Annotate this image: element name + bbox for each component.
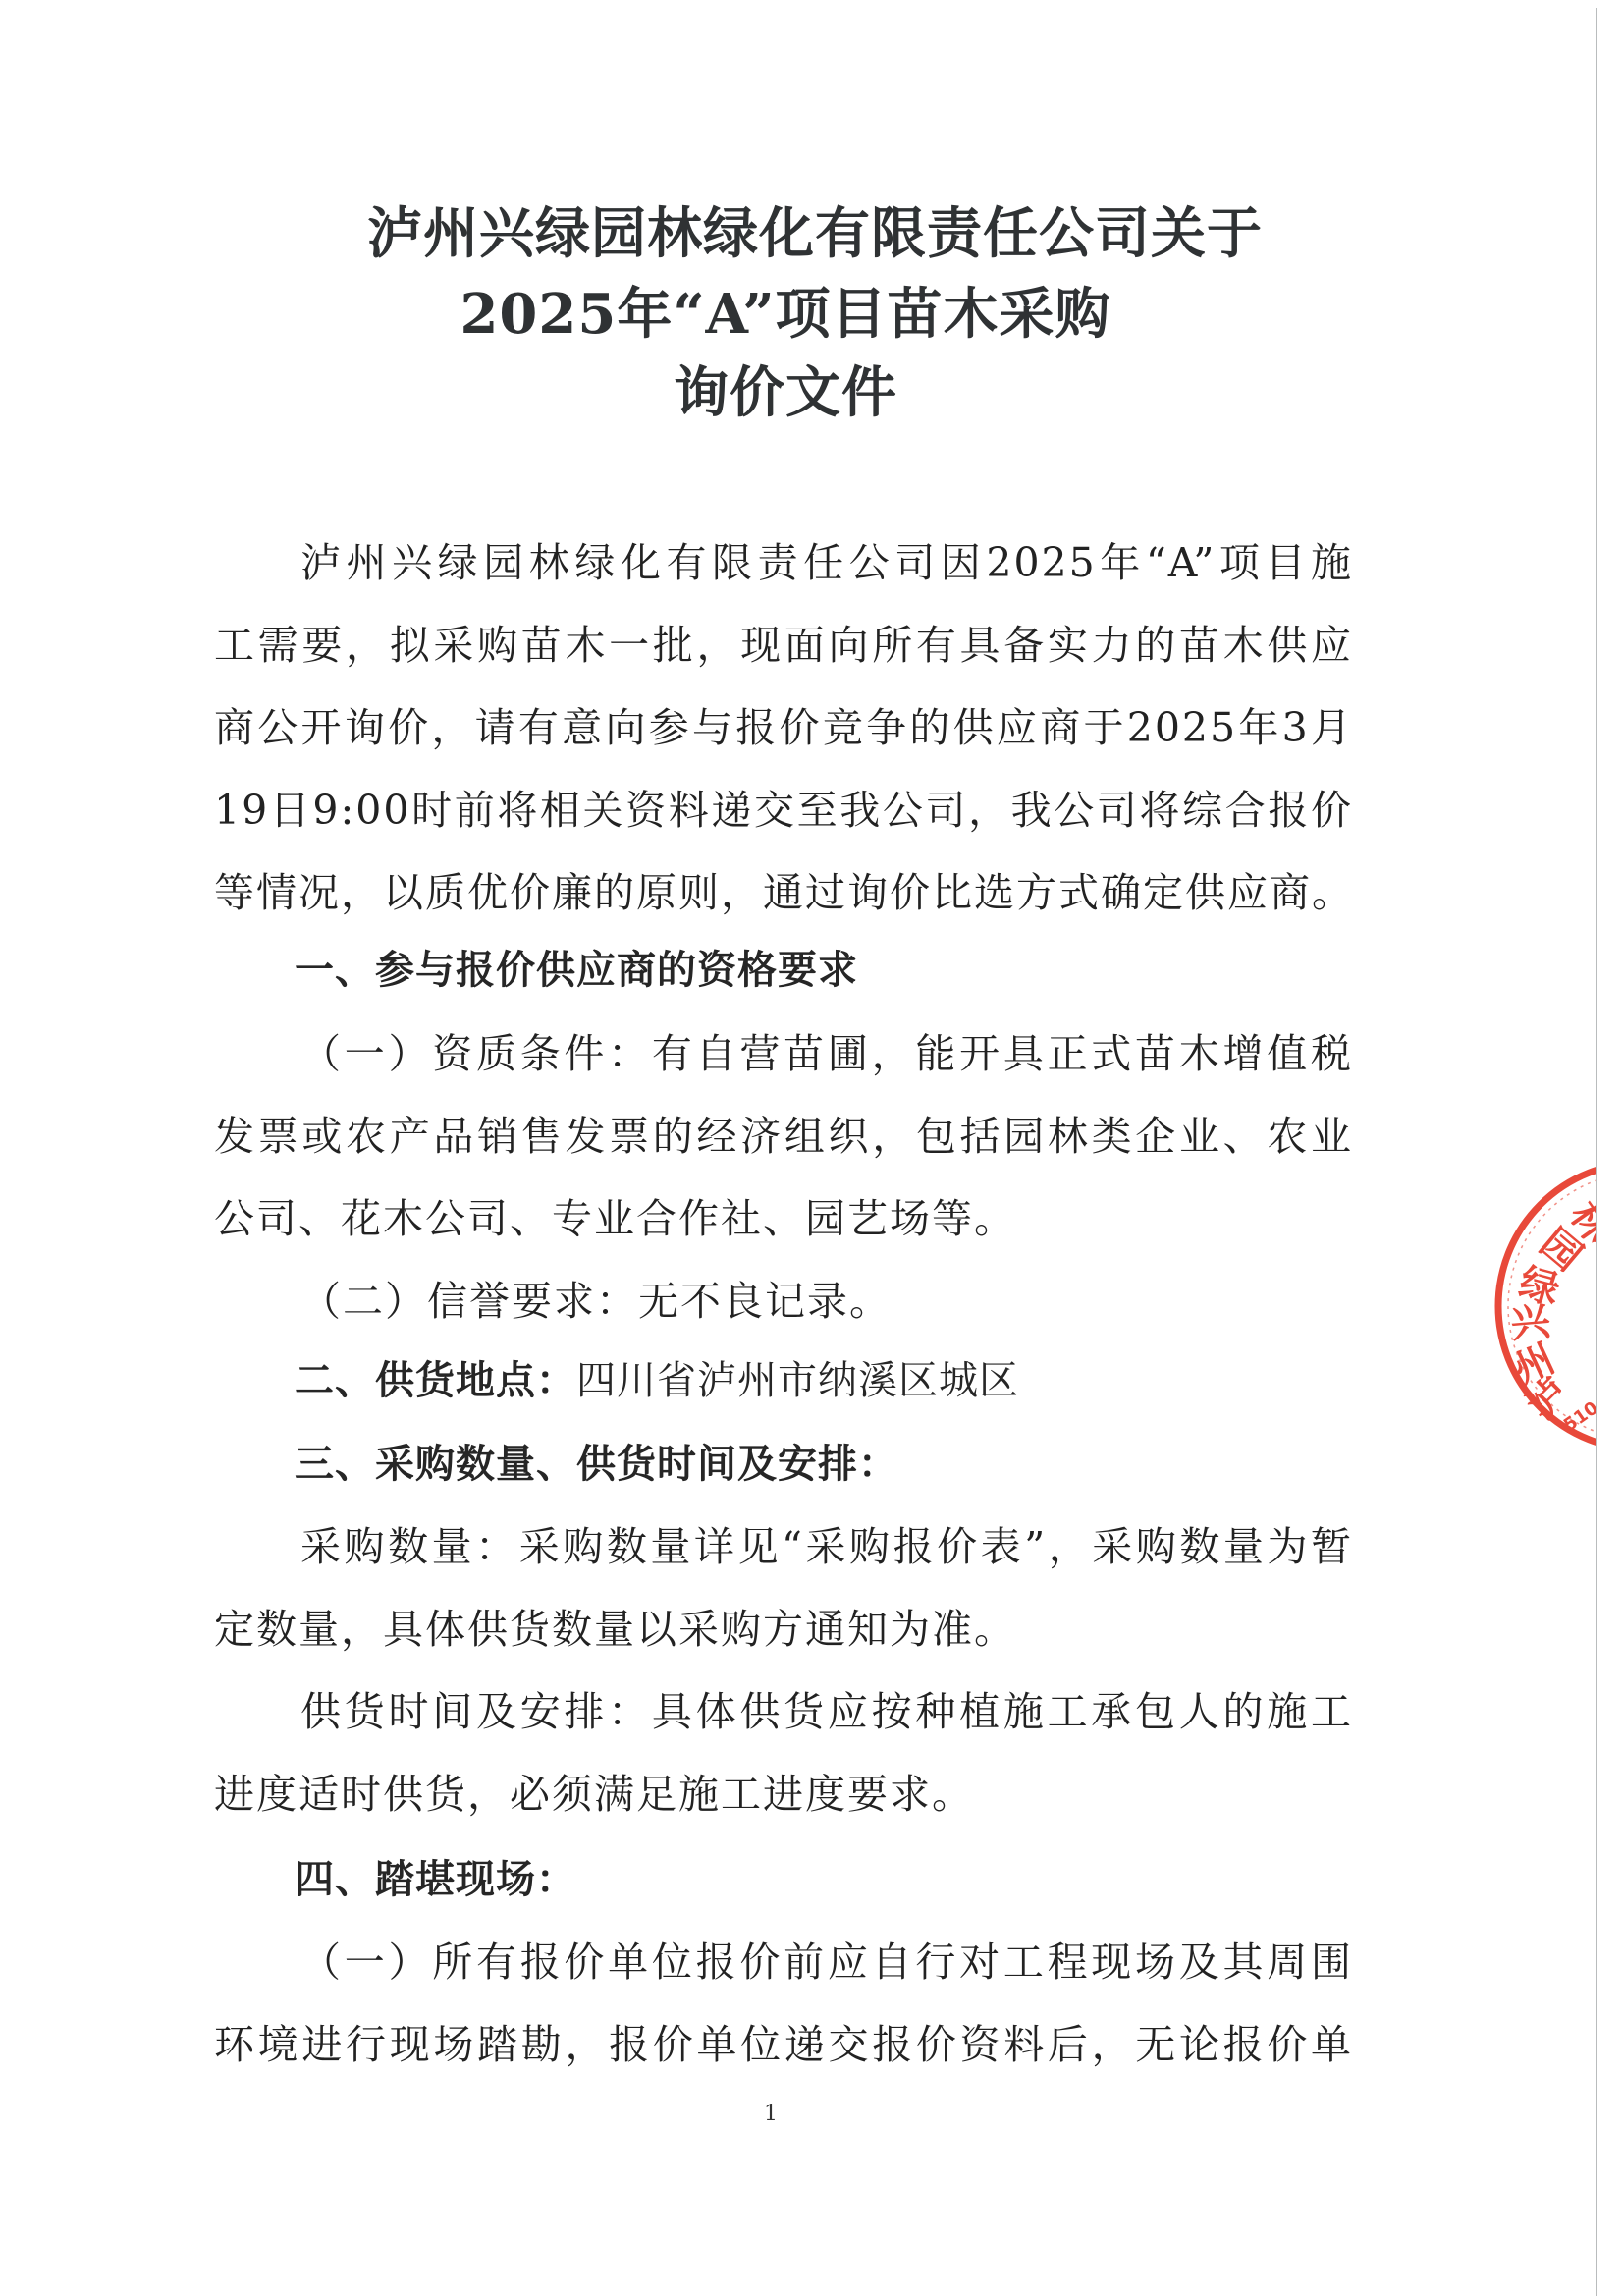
section-2-heading-row: 二、供货地点：四川省泸州市纳溪区城区 — [295, 1353, 1019, 1408]
page-number: 1 — [764, 2102, 778, 2126]
section-3-quantity-line-2: 定数量，具体供货数量以采购方通知为准。 — [214, 1602, 1353, 1657]
intro-line-1: 泸州兴绿园林绿化有限责任公司因2025年“A”项目施 — [300, 535, 1353, 590]
delivery-location: 四川省泸州市纳溪区城区 — [576, 1358, 1019, 1403]
intro-line-4: 19日9:00时前将相关资料递交至我公司，我公司将综合报价 — [214, 783, 1353, 838]
document-title-line-3: 询价文件 — [0, 361, 1571, 424]
intro-line-5: 等情况，以质优价廉的原则，通过询价比选方式确定供应商。 — [214, 865, 1353, 920]
document-page: 泸州兴绿园林绿化有限责任公司关于 2025年“A”项目苗木采购 询价文件 泸州兴… — [0, 0, 1623, 2296]
company-seal-stamp: 林 园 绿 兴 州 泸 510 — [1453, 1129, 1596, 1473]
intro-line-3: 商公开询价，请有意向参与报价竞争的供应商于2025年3月 — [214, 700, 1353, 755]
document-title-line-1: 泸州兴绿园林绿化有限责任公司关于 — [0, 202, 1623, 265]
section-1-item-1-line-1: （一）资质条件：有自营苗圃，能开具正式苗木增值税 — [300, 1026, 1353, 1081]
section-3-schedule-line-1: 供货时间及安排：具体供货应按种植施工承包人的施工 — [300, 1684, 1353, 1739]
section-3-heading: 三、采购数量、供货时间及安排： — [295, 1437, 898, 1492]
section-4-heading: 四、踏堪现场： — [295, 1852, 576, 1907]
section-2-heading: 二、供货地点： — [295, 1358, 576, 1403]
intro-line-2: 工需要，拟采购苗木一批，现面向所有具备实力的苗木供应 — [214, 618, 1353, 673]
svg-text:兴: 兴 — [1509, 1299, 1553, 1347]
document-title-line-2: 2025年“A”项目苗木采购 — [0, 283, 1571, 346]
section-4-item-1-line-2: 环境进行现场踏勘，报价单位递交报价资料后，无论报价单 — [214, 2017, 1353, 2072]
seal-icon: 林 园 绿 兴 州 泸 510 — [1453, 1129, 1596, 1473]
section-1-heading: 一、参与报价供应商的资格要求 — [295, 943, 858, 998]
section-3-quantity-line-1: 采购数量：采购数量详见“采购报价表”，采购数量为暂 — [300, 1519, 1353, 1574]
section-1-item-2: （二）信誉要求：无不良记录。 — [300, 1274, 1353, 1329]
section-3-schedule-line-2: 进度适时供货，必须满足施工进度要求。 — [214, 1767, 1353, 1822]
section-4-item-1-line-1: （一）所有报价单位报价前应自行对工程现场及其周围 — [300, 1935, 1353, 1990]
section-1-item-1-line-2: 发票或农产品销售发票的经济组织，包括园林类企业、农业 — [214, 1109, 1353, 1164]
section-1-item-1-line-3: 公司、花木公司、专业合作社、园艺场等。 — [214, 1191, 1353, 1246]
